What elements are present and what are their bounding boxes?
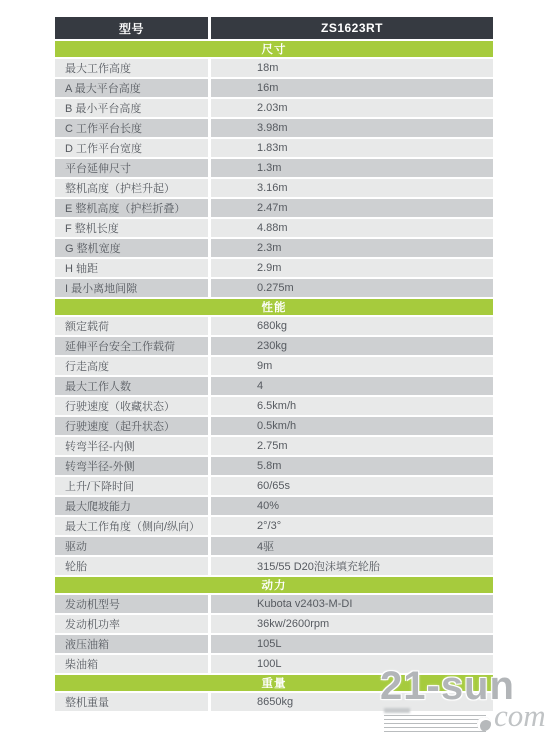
spec-row: E 整机高度（护栏折叠）2.47m [55,199,493,217]
section-header-performance: 性能 [55,299,493,315]
spec-value: 3.98m [211,119,493,137]
spec-label: 上升/下降时间 [55,477,208,495]
spec-row: 最大工作角度（侧向/纵向）2°/3° [55,517,493,535]
spec-label: 行走高度 [55,357,208,375]
spec-value: 680kg [211,317,493,335]
spec-label: 发动机功率 [55,615,208,633]
spec-value: 230kg [211,337,493,355]
spec-row: 上升/下降时间60/65s [55,477,493,495]
spec-value: 2.47m [211,199,493,217]
spec-value: 6.5km/h [211,397,493,415]
spec-value: 2.75m [211,437,493,455]
spec-row: 转弯半径-内侧2.75m [55,437,493,455]
spec-value: 3.16m [211,179,493,197]
section-header-power: 动力 [55,577,493,593]
spec-label: 最大工作人数 [55,377,208,395]
spec-row: 最大爬坡能力40% [55,497,493,515]
spec-value: 1.3m [211,159,493,177]
spec-value: 36kw/2600rpm [211,615,493,633]
spec-label: I 最小离地间隙 [55,279,208,297]
spec-value: 100L [211,655,493,673]
spec-row: 最大工作高度18m [55,59,493,77]
spec-value: 105L [211,635,493,653]
spec-label: 转弯半径-外侧 [55,457,208,475]
spec-value: 40% [211,497,493,515]
spec-label: F 整机长度 [55,219,208,237]
spec-label: 转弯半径-内侧 [55,437,208,455]
spec-row: 液压油箱105L [55,635,493,653]
spec-label: 液压油箱 [55,635,208,653]
spec-row: B 最小平台高度2.03m [55,99,493,117]
spec-label: D 工作平台宽度 [55,139,208,157]
spec-table: 型号 ZS1623RT 尺寸最大工作高度18mA 最大平台高度16mB 最小平台… [55,17,493,711]
spec-label: G 整机宽度 [55,239,208,257]
spec-label: 最大工作高度 [55,59,208,77]
spec-row: 轮胎315/55 D20泡沫填充轮胎 [55,557,493,575]
section-header-dimensions: 尺寸 [55,41,493,57]
spec-label: B 最小平台高度 [55,99,208,117]
watermark-com-text: com [494,698,546,734]
spec-row: 整机高度（护栏升起）3.16m [55,179,493,197]
spec-label: 最大爬坡能力 [55,497,208,515]
spec-label: 整机重量 [55,693,208,711]
spec-row: 最大工作人数4 [55,377,493,395]
spec-row: F 整机长度4.88m [55,219,493,237]
spec-value: 0.275m [211,279,493,297]
spec-label: H 轴距 [55,259,208,277]
spec-row: 发动机功率36kw/2600rpm [55,615,493,633]
spec-value: 2°/3° [211,517,493,535]
spec-label: 行驶速度（收藏状态） [55,397,208,415]
spec-label: 驱动 [55,537,208,555]
spec-row: 行驶速度（起升状态）0.5km/h [55,417,493,435]
spec-label: 最大工作角度（侧向/纵向） [55,517,208,535]
spec-row: 发动机型号Kubota v2403-M-DI [55,595,493,613]
spec-row: 整机重量8650kg [55,693,493,711]
spec-value: 0.5km/h [211,417,493,435]
spec-row: 驱动4驱 [55,537,493,555]
page: 型号 ZS1623RT 尺寸最大工作高度18mA 最大平台高度16mB 最小平台… [0,0,550,750]
spec-label: 发动机型号 [55,595,208,613]
spec-label: 整机高度（护栏升起） [55,179,208,197]
spec-row: 额定载荷680kg [55,317,493,335]
spec-value: 18m [211,59,493,77]
spec-value: Kubota v2403-M-DI [211,595,493,613]
spec-row: 行驶速度（收藏状态）6.5km/h [55,397,493,415]
watermark-lines [384,715,486,732]
spec-row: G 整机宽度2.3m [55,239,493,257]
spec-label: E 整机高度（护栏折叠） [55,199,208,217]
watermark-key-icon [477,717,491,731]
spec-row: H 轴距2.9m [55,259,493,277]
spec-label: 柴油箱 [55,655,208,673]
spec-label: 平台延伸尺寸 [55,159,208,177]
spec-row: D 工作平台宽度1.83m [55,139,493,157]
spec-label: 行驶速度（起升状态） [55,417,208,435]
spec-value: 5.8m [211,457,493,475]
table-header-row: 型号 ZS1623RT [55,17,493,39]
spec-row: 行走高度9m [55,357,493,375]
spec-label: 额定载荷 [55,317,208,335]
spec-value: 60/65s [211,477,493,495]
spec-value: 16m [211,79,493,97]
spec-value: 2.3m [211,239,493,257]
spec-label: 延伸平台安全工作载荷 [55,337,208,355]
spec-row: 转弯半径-外侧5.8m [55,457,493,475]
spec-value: 8650kg [211,693,493,711]
spec-value: 2.9m [211,259,493,277]
spec-row: 平台延伸尺寸1.3m [55,159,493,177]
spec-row: 延伸平台安全工作载荷230kg [55,337,493,355]
spec-value: 4.88m [211,219,493,237]
spec-value: 4 [211,377,493,395]
spec-row: 柴油箱100L [55,655,493,673]
spec-value: 1.83m [211,139,493,157]
spec-value: 9m [211,357,493,375]
spec-row: I 最小离地间隙0.275m [55,279,493,297]
spec-value: 315/55 D20泡沫填充轮胎 [211,557,493,575]
spec-row: C 工作平台长度3.98m [55,119,493,137]
spec-row: A 最大平台高度16m [55,79,493,97]
model-header-label: 型号 [55,17,208,39]
spec-value: 2.03m [211,99,493,117]
spec-label: A 最大平台高度 [55,79,208,97]
spec-value: 4驱 [211,537,493,555]
spec-label: 轮胎 [55,557,208,575]
section-header-weight: 重量 [55,675,493,691]
spec-label: C 工作平台长度 [55,119,208,137]
model-number: ZS1623RT [211,17,493,39]
